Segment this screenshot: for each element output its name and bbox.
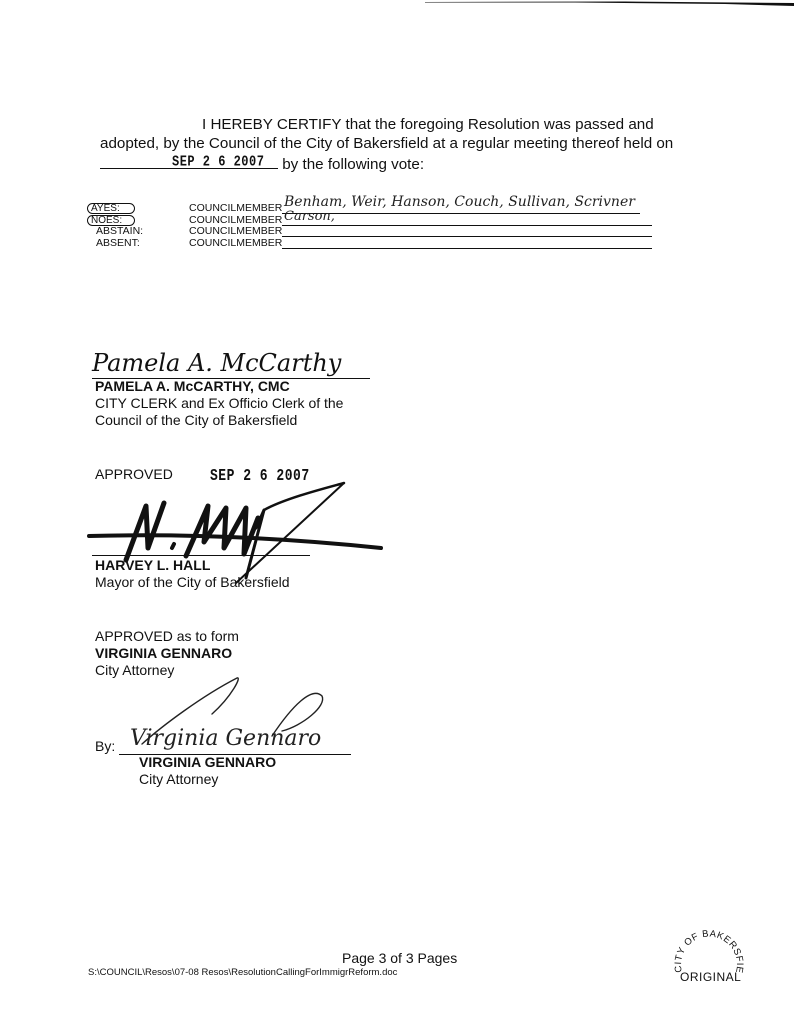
vote-label: AYES: — [87, 203, 135, 214]
vote-table: AYES: COUNCILMEMBER Benham, Weir, Hanson… — [88, 203, 708, 249]
attorney-signature: Virginia Gennaro — [130, 726, 321, 751]
cert-line-1: I HEREBY CERTIFY that the foregoing Reso… — [100, 115, 705, 134]
by-label: By: — [95, 738, 115, 755]
vote-row-absent: ABSENT: COUNCILMEMBER — [88, 238, 708, 250]
certification-paragraph: I HEREBY CERTIFY that the foregoing Reso… — [100, 115, 705, 174]
cert-line-3: SEP 2 6 2007 by the following vote: — [100, 153, 705, 174]
cert-line-3-suffix: by the following vote: — [282, 156, 424, 173]
mayor-signature-line — [92, 555, 310, 556]
svg-text:CITY OF BAKERSFIELD: CITY OF BAKERSFIELD — [668, 910, 745, 974]
noes-names-handwritten: Carson, — [284, 211, 335, 223]
vote-row-abstain: ABSTAIN: COUNCILMEMBER — [88, 226, 708, 238]
councilmember-label: COUNCILMEMBER — [189, 203, 282, 215]
mayor-signature-block: APPROVED SEP 2 6 2007 HARVEY L. HALL May… — [92, 466, 402, 596]
page-number: Page 3 of 3 Pages — [342, 950, 457, 966]
mayor-title: Mayor of the City of Bakersfield — [95, 574, 290, 591]
seal-original-label: ORIGINAL — [680, 970, 741, 984]
attorney-approved-label: APPROVED as to form — [95, 628, 402, 645]
vote-label: ABSENT: — [96, 238, 186, 250]
seal-arc-text: CITY OF BAKERSFIELD — [668, 910, 745, 974]
mayor-text: HARVEY L. HALL Mayor of the City of Bake… — [95, 557, 290, 591]
attorney-heading-name: VIRGINIA GENNARO — [95, 645, 402, 662]
file-path: S:\COUNCIL\Resos\07-08 Resos\ResolutionC… — [88, 967, 397, 978]
councilmember-label: COUNCILMEMBER — [189, 226, 282, 238]
clerk-signature-block: Pamela A. McCarthy PAMELA A. McCARTHY, C… — [92, 345, 392, 435]
attorney-title: City Attorney — [139, 771, 276, 788]
clerk-text: PAMELA A. McCARTHY, CMC CITY CLERK and E… — [95, 378, 395, 429]
vote-label: ABSTAIN: — [96, 226, 186, 238]
clerk-signature: Pamela A. McCarthy — [92, 349, 341, 377]
clerk-title-1: CITY CLERK and Ex Officio Clerk of the — [95, 395, 395, 412]
attorney-name: VIRGINIA GENNARO — [139, 754, 276, 771]
meeting-date-blank: SEP 2 6 2007 — [100, 153, 278, 169]
attorney-signature-block: APPROVED as to form VIRGINIA GENNARO Cit… — [92, 628, 402, 798]
vote-line — [282, 248, 652, 249]
councilmember-label: COUNCILMEMBER — [189, 238, 282, 250]
attorney-heading: APPROVED as to form VIRGINIA GENNARO Cit… — [92, 628, 402, 679]
clerk-name: PAMELA A. McCARTHY, CMC — [95, 378, 395, 395]
attorney-text: VIRGINIA GENNARO City Attorney — [139, 754, 276, 788]
scan-edge-mark — [425, 0, 794, 6]
ayes-names-handwritten: Benham, Weir, Hanson, Couch, Sullivan, S… — [284, 197, 635, 209]
meeting-date-stamp: SEP 2 6 2007 — [172, 151, 264, 175]
vote-row-noes: NOES: COUNCILMEMBER Carson, — [88, 215, 708, 227]
vote-row-ayes: AYES: COUNCILMEMBER Benham, Weir, Hanson… — [88, 203, 708, 215]
vote-label: NOES: — [87, 215, 135, 226]
clerk-title-2: Council of the City of Bakersfield — [95, 412, 395, 429]
mayor-name: HARVEY L. HALL — [95, 557, 290, 574]
